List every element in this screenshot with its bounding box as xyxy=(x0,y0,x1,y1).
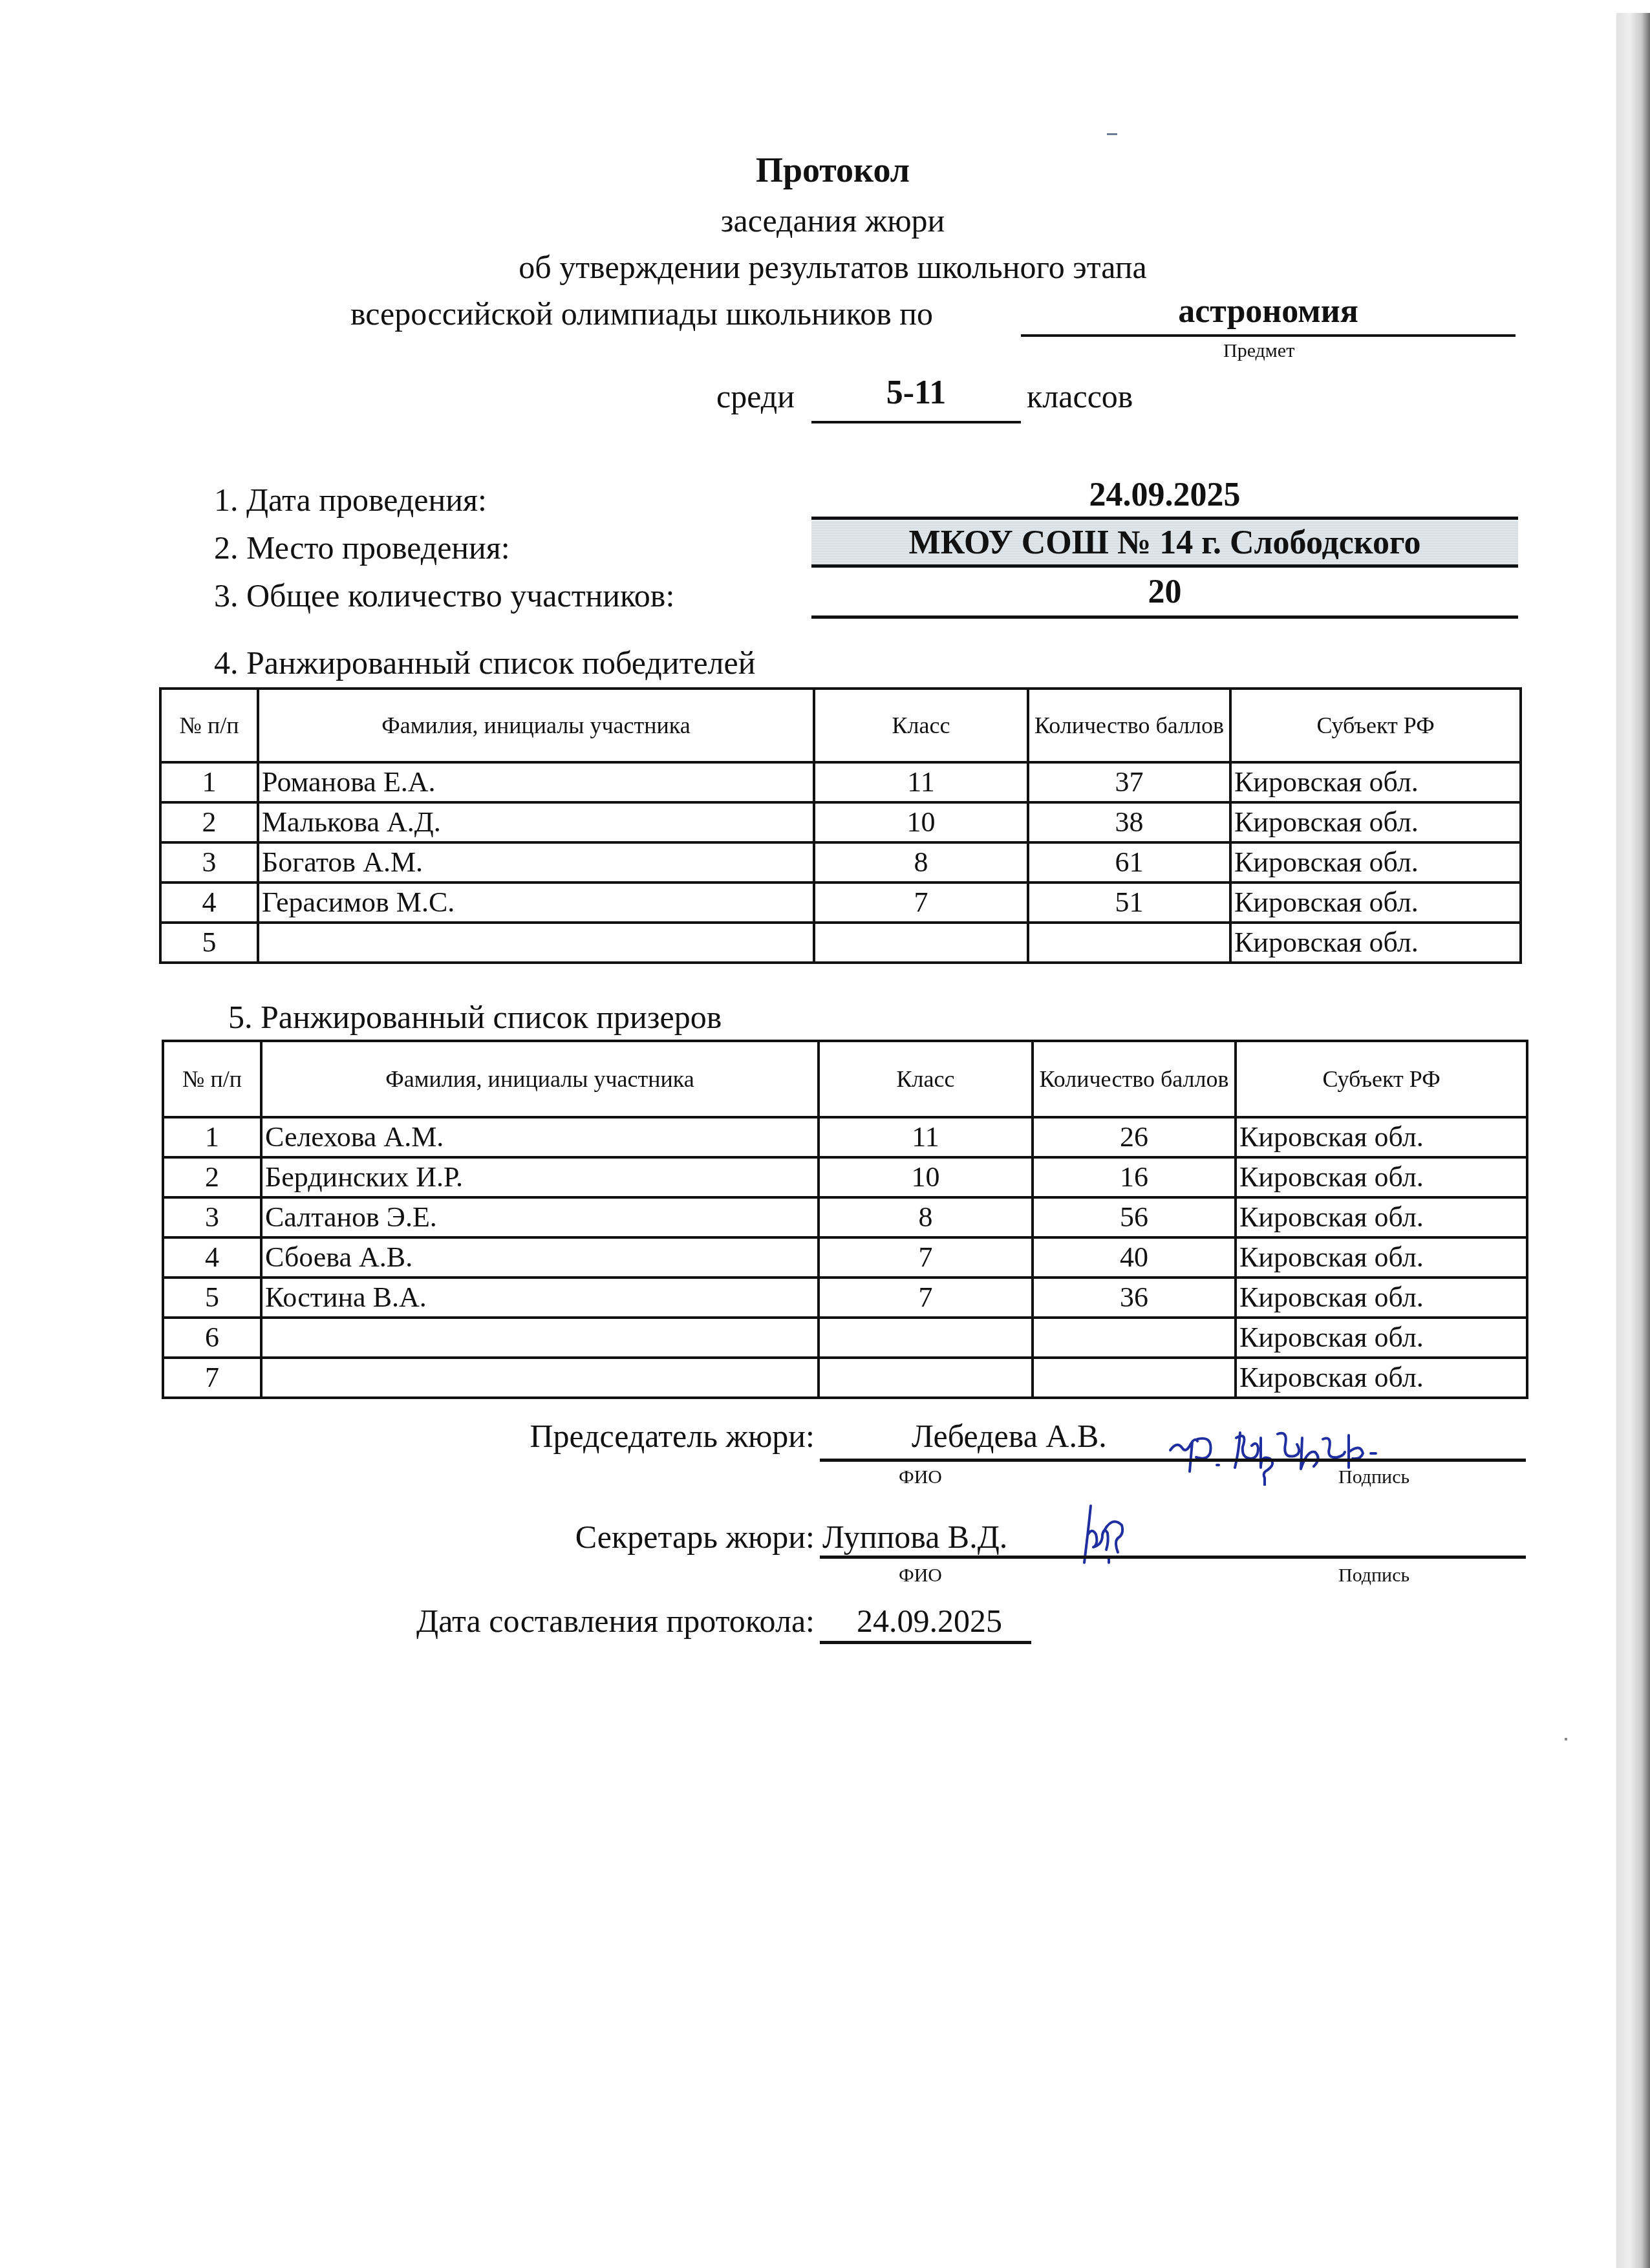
row-number: 2 xyxy=(160,802,258,842)
date-label: 1. Дата проведения: xyxy=(214,481,487,519)
place-label: 2. Место проведения: xyxy=(214,529,510,566)
row-number: 3 xyxy=(163,1197,261,1237)
row-number: 4 xyxy=(163,1237,261,1278)
count-underline xyxy=(811,615,1518,619)
participant-score: 56 xyxy=(1033,1197,1236,1237)
participant-class xyxy=(814,923,1028,963)
chair-signature xyxy=(1164,1415,1474,1486)
participant-score: 40 xyxy=(1033,1237,1236,1278)
table-row: 2Бердинских И.Р.1016Кировская обл. xyxy=(163,1157,1527,1197)
participant-name xyxy=(261,1358,819,1398)
table-row: 7Кировская обл. xyxy=(163,1358,1527,1398)
row-number: 2 xyxy=(163,1157,261,1197)
row-number: 6 xyxy=(163,1318,261,1358)
participant-name xyxy=(261,1318,819,1358)
participant-class: 11 xyxy=(814,762,1028,802)
col-score-header: Количество баллов xyxy=(1033,1041,1236,1117)
participant-region: Кировская обл. xyxy=(1230,802,1521,842)
winners-table: № п/п Фамилия, инициалы участника Класс … xyxy=(159,687,1522,964)
table-row: 5Костина В.А.736Кировская обл. xyxy=(163,1278,1527,1318)
participant-name: Богатов А.М. xyxy=(258,842,814,883)
participant-class: 10 xyxy=(819,1157,1033,1197)
chair-label: Председатель жюри: xyxy=(388,1417,815,1455)
compilation-date-underline xyxy=(820,1641,1031,1644)
participant-class: 8 xyxy=(819,1197,1033,1237)
table-row: 1Селехова А.М.1126Кировская обл. xyxy=(163,1117,1527,1157)
grades-value: 5-11 xyxy=(811,374,1021,412)
table-row: 4Герасимов М.С.751Кировская обл. xyxy=(160,883,1521,923)
secretary-name: Луппова В.Д. xyxy=(822,1518,1007,1556)
row-number: 7 xyxy=(163,1358,261,1398)
participant-region: Кировская обл. xyxy=(1236,1278,1527,1318)
participant-name: Герасимов М.С. xyxy=(258,883,814,923)
col-class-header: Класс xyxy=(819,1041,1033,1117)
table-row: 5Кировская обл. xyxy=(160,923,1521,963)
grades-underline xyxy=(811,421,1021,423)
date-underline xyxy=(811,517,1518,520)
chair-fio-caption: ФИО xyxy=(899,1466,942,1488)
participant-class: 8 xyxy=(814,842,1028,883)
subject-value: астрономия xyxy=(1021,292,1516,330)
participant-class: 11 xyxy=(819,1117,1033,1157)
row-number: 3 xyxy=(160,842,258,883)
compilation-date-value: 24.09.2025 xyxy=(857,1602,1002,1640)
secretary-label: Секретарь жюри: xyxy=(388,1518,815,1556)
chair-underline xyxy=(820,1459,1526,1462)
participant-score: 16 xyxy=(1033,1157,1236,1197)
place-underline xyxy=(811,564,1518,568)
row-number: 5 xyxy=(160,923,258,963)
participant-score: 61 xyxy=(1028,842,1230,883)
participant-score: 51 xyxy=(1028,883,1230,923)
col-class-header: Класс xyxy=(814,689,1028,762)
prizewinners-heading: 5. Ранжированный список призеров xyxy=(228,998,722,1036)
participant-class xyxy=(819,1358,1033,1398)
participant-region: Кировская обл. xyxy=(1230,842,1521,883)
participant-region: Кировская обл. xyxy=(1236,1197,1527,1237)
table-row: 2Малькова А.Д.1038Кировская обл. xyxy=(160,802,1521,842)
title-line-1: заседания жюри xyxy=(8,202,1650,239)
subject-underline xyxy=(1021,334,1516,337)
date-value: 24.09.2025 xyxy=(811,476,1518,514)
secretary-fio-caption: ФИО xyxy=(899,1565,942,1587)
grades-suffix: классов xyxy=(1027,378,1133,415)
grades-prefix: среди xyxy=(716,378,795,415)
chair-signature-caption: Подпись xyxy=(1338,1466,1409,1488)
participant-score: 38 xyxy=(1028,802,1230,842)
scan-speck xyxy=(1565,1738,1567,1740)
count-value: 20 xyxy=(811,573,1518,611)
participant-name xyxy=(258,923,814,963)
participant-region: Кировская обл. xyxy=(1230,883,1521,923)
col-score-header: Количество баллов xyxy=(1028,689,1230,762)
participant-name: Салтанов Э.Е. xyxy=(261,1197,819,1237)
participant-name: Романова Е.А. xyxy=(258,762,814,802)
col-name-header: Фамилия, инициалы участника xyxy=(261,1041,819,1117)
scan-edge-shadow xyxy=(1616,13,1650,2268)
participant-region: Кировская обл. xyxy=(1236,1358,1527,1398)
participant-score: 26 xyxy=(1033,1117,1236,1157)
table-row: 6Кировская обл. xyxy=(163,1318,1527,1358)
table-header-row: № п/п Фамилия, инициалы участника Класс … xyxy=(163,1041,1527,1117)
col-number-header: № п/п xyxy=(160,689,258,762)
participant-name: Бердинских И.Р. xyxy=(261,1157,819,1197)
participant-name: Костина В.А. xyxy=(261,1278,819,1318)
participant-region: Кировская обл. xyxy=(1236,1157,1527,1197)
row-number: 1 xyxy=(160,762,258,802)
participant-name: Сбоева А.В. xyxy=(261,1237,819,1278)
table-row: 3Богатов А.М.861Кировская обл. xyxy=(160,842,1521,883)
compilation-date-label: Дата составления протокола: xyxy=(259,1602,815,1640)
count-label: 3. Общее количество участников: xyxy=(214,577,674,614)
participant-score xyxy=(1033,1358,1236,1398)
row-number: 1 xyxy=(163,1117,261,1157)
col-name-header: Фамилия, инициалы участника xyxy=(258,689,814,762)
col-region-header: Субъект РФ xyxy=(1236,1041,1527,1117)
participant-region: Кировская обл. xyxy=(1230,923,1521,963)
participant-region: Кировская обл. xyxy=(1236,1117,1527,1157)
participant-score: 37 xyxy=(1028,762,1230,802)
prizewinners-table: № п/п Фамилия, инициалы участника Класс … xyxy=(162,1040,1528,1399)
table-header-row: № п/п Фамилия, инициалы участника Класс … xyxy=(160,689,1521,762)
row-number: 4 xyxy=(160,883,258,923)
chair-name: Лебедева А.В. xyxy=(912,1417,1107,1455)
subject-caption: Предмет xyxy=(1223,340,1294,362)
table-row: 1Романова Е.А.1137Кировская обл. xyxy=(160,762,1521,802)
document-title: Протокол xyxy=(0,150,1650,190)
place-value: МКОУ СОШ № 14 г. Слободского xyxy=(811,524,1518,562)
participant-name: Малькова А.Д. xyxy=(258,802,814,842)
col-number-header: № п/п xyxy=(163,1041,261,1117)
participant-class: 7 xyxy=(819,1278,1033,1318)
title-line-2: об утверждении результатов школьного эта… xyxy=(8,248,1650,286)
table-row: 3Салтанов Э.Е.856Кировская обл. xyxy=(163,1197,1527,1237)
secretary-signature-caption: Подпись xyxy=(1338,1565,1409,1587)
col-region-header: Субъект РФ xyxy=(1230,689,1521,762)
secretary-underline xyxy=(820,1556,1526,1559)
title-line-3-prefix: всероссийской олимпиады школьников по xyxy=(350,295,933,332)
participant-region: Кировская обл. xyxy=(1230,762,1521,802)
participant-region: Кировская обл. xyxy=(1236,1237,1527,1278)
participant-class xyxy=(819,1318,1033,1358)
participant-score: 36 xyxy=(1033,1278,1236,1318)
table-row: 4Сбоева А.В.740Кировская обл. xyxy=(163,1237,1527,1278)
participant-class: 10 xyxy=(814,802,1028,842)
participant-score xyxy=(1033,1318,1236,1358)
participant-class: 7 xyxy=(819,1237,1033,1278)
row-number: 5 xyxy=(163,1278,261,1318)
participant-name: Селехова А.М. xyxy=(261,1117,819,1157)
participant-class: 7 xyxy=(814,883,1028,923)
scan-speck xyxy=(1107,133,1117,135)
winners-heading: 4. Ранжированный список победителей xyxy=(214,644,755,681)
participant-score xyxy=(1028,923,1230,963)
participant-region: Кировская обл. xyxy=(1236,1318,1527,1358)
